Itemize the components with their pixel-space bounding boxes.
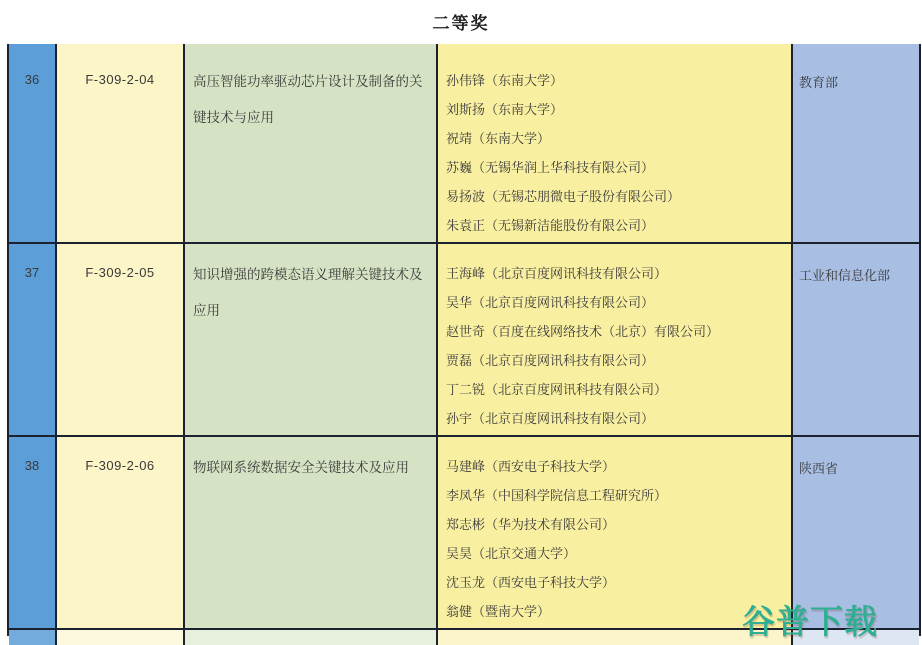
cell-row-number: 36 bbox=[9, 51, 57, 242]
cell-row-number: 37 bbox=[9, 244, 57, 435]
person-entry: 刘斯扬（东南大学） bbox=[446, 95, 785, 124]
partial-cell-award-code bbox=[57, 630, 185, 645]
person-entry: 李凤华（中国科学院信息工程研究所） bbox=[446, 481, 785, 510]
person-entry: 吴华（北京百度网讯科技有限公司） bbox=[446, 288, 785, 317]
person-entry: 易扬波（无锡芯朋微电子股份有限公司） bbox=[446, 182, 785, 211]
cell-nominating-org: 教育部 bbox=[793, 51, 919, 242]
person-entry: 王海峰（北京百度网讯科技有限公司） bbox=[446, 259, 785, 288]
cell-award-code: F-309-2-04 bbox=[57, 51, 185, 242]
award-row: 36 F-309-2-04 高压智能功率驱动芯片设计及制备的关键技术与应用 孙伟… bbox=[9, 51, 919, 244]
cell-nominating-org: 工业和信息化部 bbox=[793, 244, 919, 435]
cell-people-list: 马建峰（西安电子科技大学）李凤华（中国科学院信息工程研究所）郑志彬（华为技术有限… bbox=[438, 437, 793, 628]
person-entry: 苏巍（无锡华润上华科技有限公司） bbox=[446, 153, 785, 182]
person-entry: 丁二锐（北京百度网讯科技有限公司） bbox=[446, 375, 785, 404]
partial-cell-project bbox=[185, 630, 438, 645]
person-entry: 赵世奇（百度在线网络技术（北京）有限公司） bbox=[446, 317, 785, 346]
person-entry: 孙伟锋（东南大学） bbox=[446, 66, 785, 95]
person-entry: 沈玉龙（西安电子科技大学） bbox=[446, 568, 785, 597]
partial-row-top bbox=[9, 44, 919, 51]
cell-people-list: 王海峰（北京百度网讯科技有限公司）吴华（北京百度网讯科技有限公司）赵世奇（百度在… bbox=[438, 244, 793, 435]
cell-row-number: 38 bbox=[9, 437, 57, 628]
person-entry: 翁健（暨南大学） bbox=[446, 597, 785, 626]
person-entry: 朱袁正（无锡新洁能股份有限公司） bbox=[446, 211, 785, 240]
cell-project-name: 高压智能功率驱动芯片设计及制备的关键技术与应用 bbox=[185, 51, 438, 242]
person-entry: 祝靖（东南大学） bbox=[446, 124, 785, 153]
person-entry: 马建峰（西安电子科技大学） bbox=[446, 452, 785, 481]
awards-table: 36 F-309-2-04 高压智能功率驱动芯片设计及制备的关键技术与应用 孙伟… bbox=[7, 44, 921, 636]
partial-cell-row-number bbox=[9, 630, 57, 645]
cell-project-name: 知识增强的跨模态语义理解关键技术及应用 bbox=[185, 244, 438, 435]
cell-award-code: F-309-2-06 bbox=[57, 437, 185, 628]
watermark: 谷普下载 bbox=[742, 596, 878, 643]
award-row: 37 F-309-2-05 知识增强的跨模态语义理解关键技术及应用 王海峰（北京… bbox=[9, 244, 919, 437]
page-title: 二等奖 bbox=[0, 9, 922, 34]
person-entry: 吴昊（北京交通大学） bbox=[446, 539, 785, 568]
person-entry: 贾磊（北京百度网讯科技有限公司） bbox=[446, 346, 785, 375]
person-entry: 孙宇（北京百度网讯科技有限公司） bbox=[446, 404, 785, 433]
partial-cell-people bbox=[438, 630, 793, 645]
cell-award-code: F-309-2-05 bbox=[57, 244, 185, 435]
person-entry: 郑志彬（华为技术有限公司） bbox=[446, 510, 785, 539]
cell-people-list: 孙伟锋（东南大学）刘斯扬（东南大学）祝靖（东南大学）苏巍（无锡华润上华科技有限公… bbox=[438, 51, 793, 242]
cell-project-name: 物联网系统数据安全关键技术及应用 bbox=[185, 437, 438, 628]
